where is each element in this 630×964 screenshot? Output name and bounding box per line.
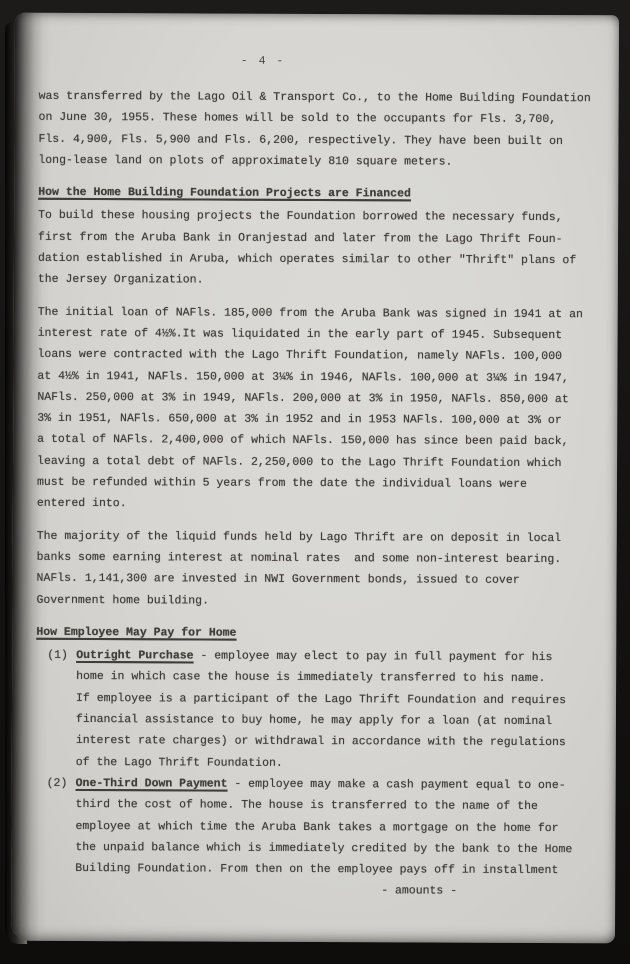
financing-paragraph-2: The initial loan of NAFls. 185,000 from … bbox=[37, 301, 612, 516]
intro-paragraph: was transferred by the Lago Oil & Transp… bbox=[38, 86, 612, 174]
text-line: Fls. 4,900, Fls. 5,900 and Fls. 6,200, r… bbox=[38, 128, 612, 152]
text-line: employee at which time the Aruba Bank ta… bbox=[35, 815, 609, 839]
text-line: at 4½% in 1941, NAFls. 150,000 at 3¼% in… bbox=[37, 365, 611, 389]
financing-paragraph-3: The majority of the liquid funds held by… bbox=[36, 525, 610, 613]
list-item-marker: (1) bbox=[47, 645, 76, 666]
text-line: NAFls. 250,000 at 3% in 1949, NAFls. 200… bbox=[37, 387, 611, 411]
section-heading-payment: How Employee May Pay for Home bbox=[36, 622, 610, 646]
text-line: To build these housing projects the Foun… bbox=[38, 205, 612, 229]
list-item-first-line: (2)One-Third Down Payment - employee may… bbox=[36, 773, 610, 797]
text-line: 3% in 1951, NAFls. 650,000 at 3% in 1952… bbox=[37, 408, 611, 432]
text-line: leaving a total debt of NAFls. 2,250,000… bbox=[37, 451, 611, 475]
text-line: The majority of the liquid funds held by… bbox=[37, 525, 611, 549]
text-line: banks some earning interest at nominal r… bbox=[37, 547, 611, 571]
list-item-first-line: (1)Outright Purchase - employee may elec… bbox=[36, 645, 610, 669]
text-line: The initial loan of NAFls. 185,000 from … bbox=[38, 301, 612, 325]
page-number: - 4 - bbox=[241, 55, 286, 68]
text-line: interest rate charges) or withdrawal in … bbox=[36, 730, 610, 754]
text-line: loans were contracted with the Lago Thri… bbox=[37, 344, 611, 368]
text-line: of the Lago Thrift Foundation. bbox=[36, 751, 610, 775]
list-item-title: One-Third Down Payment bbox=[76, 777, 228, 791]
document-page: - 4 - was transferred by the Lago Oil & … bbox=[11, 13, 619, 944]
text-line: dation established in Aruba, which opera… bbox=[38, 248, 612, 272]
text-line: long-lease land on plots of approximatel… bbox=[38, 150, 612, 174]
section-heading-financing: How the Home Building Foundation Project… bbox=[38, 182, 612, 206]
text-line: financial assistance to buy home, he may… bbox=[36, 709, 610, 733]
text-line: NAFls. 1,141,300 are invested in NWI Gov… bbox=[37, 568, 611, 592]
text-line: interest rate of 4½%.It was liquidated i… bbox=[38, 323, 612, 347]
page-footer: - amounts - bbox=[381, 881, 609, 903]
text-line: Government home building. bbox=[36, 589, 610, 613]
text-line: must be refunded within 5 years from the… bbox=[37, 472, 611, 496]
text-line: Building Foundation. From then on the em… bbox=[35, 858, 609, 882]
text-line: the Jersey Organization. bbox=[38, 269, 612, 293]
list-item-outright-purchase: (1)Outright Purchase - employee may elec… bbox=[36, 645, 611, 775]
list-item-text: - employee may make a cash payment equal… bbox=[227, 778, 565, 792]
list-item-text: - employee may elect to pay in full paym… bbox=[194, 650, 553, 665]
text-line: home in which case the house is immediat… bbox=[36, 666, 610, 690]
page-content: was transferred by the Lago Oil & Transp… bbox=[35, 86, 613, 903]
text-line: a total of NAFls. 2,400,000 of which NAF… bbox=[37, 429, 611, 453]
financing-paragraph-1: To build these housing projects the Foun… bbox=[38, 205, 612, 293]
text-line: the unpaid balance which is immediately … bbox=[35, 837, 609, 861]
text-line: If employee is a participant of the Lago… bbox=[36, 688, 610, 712]
text-line: third the cost of home. The house is tra… bbox=[36, 794, 610, 818]
text-line: first from the Aruba Bank in Oranjestad … bbox=[38, 227, 612, 251]
list-item-one-third-down-payment: (2)One-Third Down Payment - employee may… bbox=[35, 773, 609, 882]
text-line: was transferred by the Lago Oil & Transp… bbox=[39, 86, 613, 110]
text-line: on June 30, 1955. These homes will be so… bbox=[39, 107, 613, 131]
list-item-marker: (2) bbox=[47, 773, 76, 794]
scan-background: - 4 - was transferred by the Lago Oil & … bbox=[0, 0, 630, 964]
list-item-title: Outright Purchase bbox=[76, 649, 193, 663]
text-line: entered into. bbox=[37, 493, 611, 517]
